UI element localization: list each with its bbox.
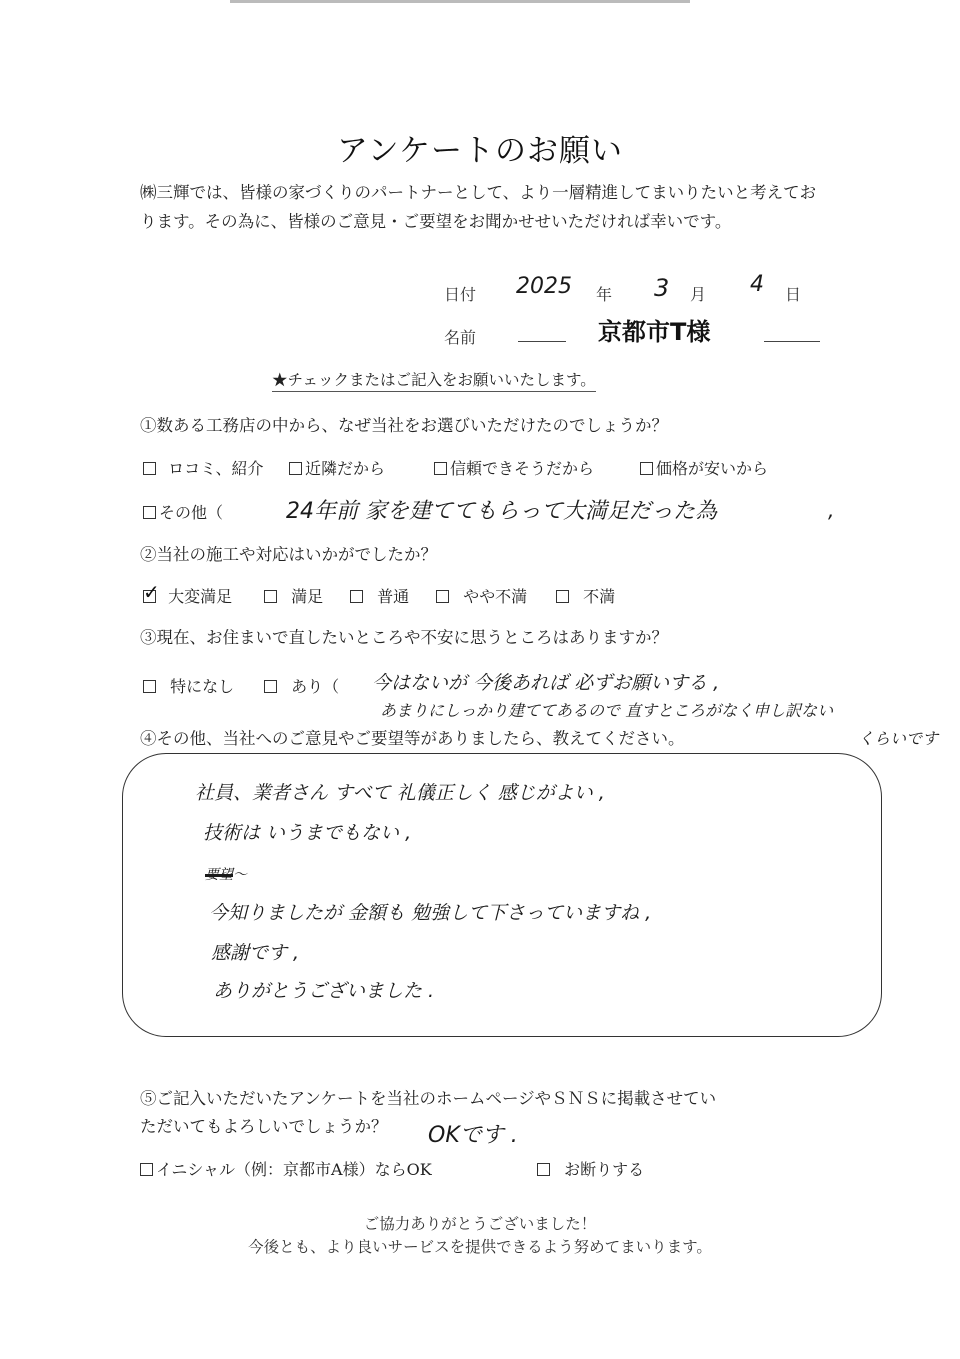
q1-text: ①数ある工務店の中から、なぜ当社をお選びいただけたのでしょうか？ [140,412,668,436]
q5-text-line2: ただいてもよろしいでしょうか？ [140,1113,388,1137]
checkbox-icon[interactable] [143,680,156,693]
q5-option-label: イニシャル（例：京都市A様）ならOK [156,1160,432,1179]
q2-option-very-satisfied[interactable]: 大変満足 [143,584,232,607]
q1-option-label: ロコミ、紹介 [168,459,263,478]
q3-answer-line3[interactable]: くらいです [858,726,938,749]
q3-option-label: あり（ [291,677,339,696]
name-underline-left [518,341,566,342]
date-label: 日付 [444,282,476,305]
q5-option-label: お断りする [564,1160,644,1179]
q1-option-other-label: その他（ [159,503,223,522]
name-underline-right [764,341,820,342]
name-value[interactable]: 京都市T様 [598,312,710,347]
q1-option-label: 近隣だから [305,459,385,478]
q1-option-label: 価格が安いから [656,459,768,478]
comment-box[interactable]: 社員、業者さん すべて 礼儀正しく 感じがよい , 技術は いうまでもない , … [122,753,882,1037]
q2-option-label: 不満 [583,587,615,606]
checkbox-icon[interactable] [140,1163,153,1176]
q2-option-dissatisfied[interactable]: 不満 [556,584,615,607]
q2-option-satisfied[interactable]: 満足 [264,584,323,607]
q2-option-somewhat-dissatisfied[interactable]: やや不満 [436,584,527,607]
checkbox-icon[interactable] [143,506,156,519]
checkbox-icon[interactable] [289,462,302,475]
scan-edge-mark [230,0,690,3]
date-month-unit: 月 [690,282,706,305]
comment-line-2: 技術は いうまでもない , [203,818,411,845]
q4-text: ④その他、当社へのご意見やご要望等がありましたら、教えてください。 [140,725,685,749]
q2-option-label: やや不満 [463,587,527,606]
q3-option-none[interactable]: 特になし [143,674,234,697]
page-title: アンケートのお願い [0,125,960,170]
q1-option-nearby[interactable]: 近隣だから [289,456,385,479]
intro-paragraph: ㈱三輝では、皆様の家づくりのパートナーとして、より一層精進してまいりたいと考えて… [140,178,830,236]
q3-answer-line2[interactable]: あまりにしっかり建ててあるので 直すところがなく申し訳ない [380,698,833,721]
comment-line-5: 感謝です , [211,938,299,965]
q3-answer-line1[interactable]: 今はないが 今後あれば 必ずお願いする , [372,668,719,695]
q1-option-referral[interactable]: ロコミ、紹介 [143,456,263,479]
instruction-text: ★チェックまたはご記入をお願いいたします。 [272,368,596,392]
q2-option-label: 普通 [377,587,409,606]
q1-option-trust[interactable]: 信頼できそうだから [434,456,594,479]
name-label: 名前 [444,325,476,348]
q3-option-yes[interactable]: あり（ [264,674,339,697]
q1-other-answer[interactable]: 24年前 家を建ててもらって大満足だった為 [286,494,717,525]
scribbled-out-text: 要望～ [205,864,247,884]
checked-checkbox-icon[interactable] [143,590,156,603]
comment-line-1: 社員、業者さん すべて 礼儀正しく 感じがよい , [195,778,605,805]
checkbox-icon[interactable] [143,462,156,475]
checkbox-icon[interactable] [436,590,449,603]
checkbox-icon[interactable] [640,462,653,475]
date-month-value[interactable]: 3 [654,274,669,302]
q1-other-close: , [828,498,834,522]
q5-option-initials-ok[interactable]: イニシャル（例：京都市A様）ならOK [140,1157,432,1180]
checkbox-icon[interactable] [537,1163,550,1176]
q2-option-normal[interactable]: 普通 [350,584,409,607]
date-year-unit: 年 [596,282,612,305]
q5-option-decline[interactable]: お断りする [537,1157,644,1180]
comment-line-6: ありがとうございました . [213,976,434,1003]
comment-line-4: 今知りましたが 金額も 勉強して下さっていますね , [209,898,651,925]
q1-option-other[interactable]: その他（ [143,500,223,523]
q1-option-price[interactable]: 価格が安いから [640,456,768,479]
footer-thanks: ご協力ありがとうございました！ [0,1212,960,1234]
q1-option-label: 信頼できそうだから [450,459,594,478]
q2-option-label: 満足 [291,587,323,606]
q3-option-label: 特になし [170,677,234,696]
checkbox-icon[interactable] [264,680,277,693]
date-day-unit: 日 [785,282,801,305]
checkbox-icon[interactable] [350,590,363,603]
checkbox-icon[interactable] [556,590,569,603]
q5-text-line1: ⑤ご記入いただいたアンケートを当社のホームページやＳＮＳに掲載させてい [140,1085,716,1109]
checkbox-icon[interactable] [264,590,277,603]
q2-option-label: 大変満足 [168,587,232,606]
q2-text: ②当社の施工や対応はいかがでしたか？ [140,541,437,565]
q3-text: ③現在、お住まいで直したいところや不安に思うところはありますか？ [140,624,668,648]
checkbox-icon[interactable] [434,462,447,475]
q5-answer[interactable]: OKです . [428,1118,518,1149]
date-day-value[interactable]: 4 [750,272,764,297]
date-year-value[interactable]: 2025 [516,274,572,299]
footer-message: 今後とも、より良いサービスを提供できるよう努めてまいります。 [0,1235,960,1257]
